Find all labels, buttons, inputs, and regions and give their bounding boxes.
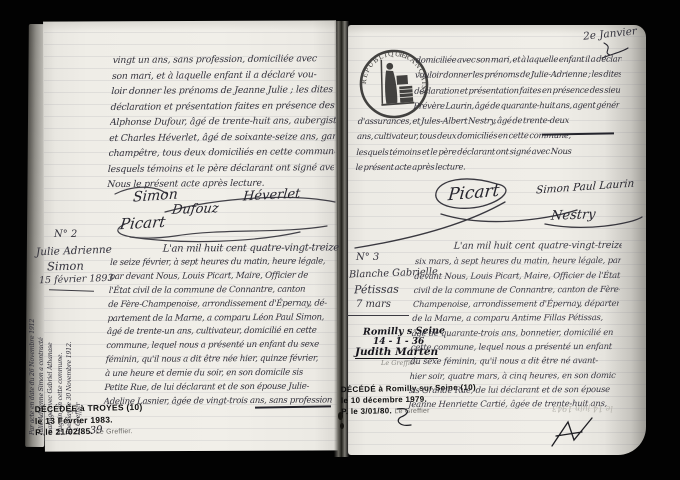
- act-number-label: N° 2: [54, 229, 77, 240]
- margin-separator-rule: [347, 315, 409, 316]
- bottom-right-paraph-mark: [548, 412, 598, 450]
- signature-nestry: Nestry: [550, 207, 596, 224]
- signature-heverlet: Héverlet: [242, 186, 301, 204]
- signature-simon: Simon: [132, 186, 178, 205]
- right-act2-ending-text: domiciliée avec son mari, et à laquelle …: [355, 52, 622, 176]
- left-act-ending-text: vingt un ans, sans profession, domicilié…: [107, 51, 339, 193]
- act-number-label: N° 3: [356, 252, 379, 263]
- gutter-ink-blot: [340, 423, 344, 429]
- margin-child-surname: Pétissas: [354, 283, 399, 297]
- clerk-paraph: 39: [89, 424, 103, 436]
- margin-child-surname: Simon: [47, 259, 84, 274]
- margin-act-date: 7 mars: [356, 299, 391, 310]
- signature-dufouz: Dufouz: [171, 201, 220, 218]
- scanned-register-photo: vingt un ans, sans profession, domicilié…: [0, 0, 680, 480]
- signature-picart-left: Picart: [119, 213, 167, 234]
- right-act3-text: L'an mil huit cent quatre-vingt-treize, …: [408, 239, 622, 412]
- left-act2-text: L'an mil huit cent quatre-vingt-treize,l…: [103, 241, 339, 410]
